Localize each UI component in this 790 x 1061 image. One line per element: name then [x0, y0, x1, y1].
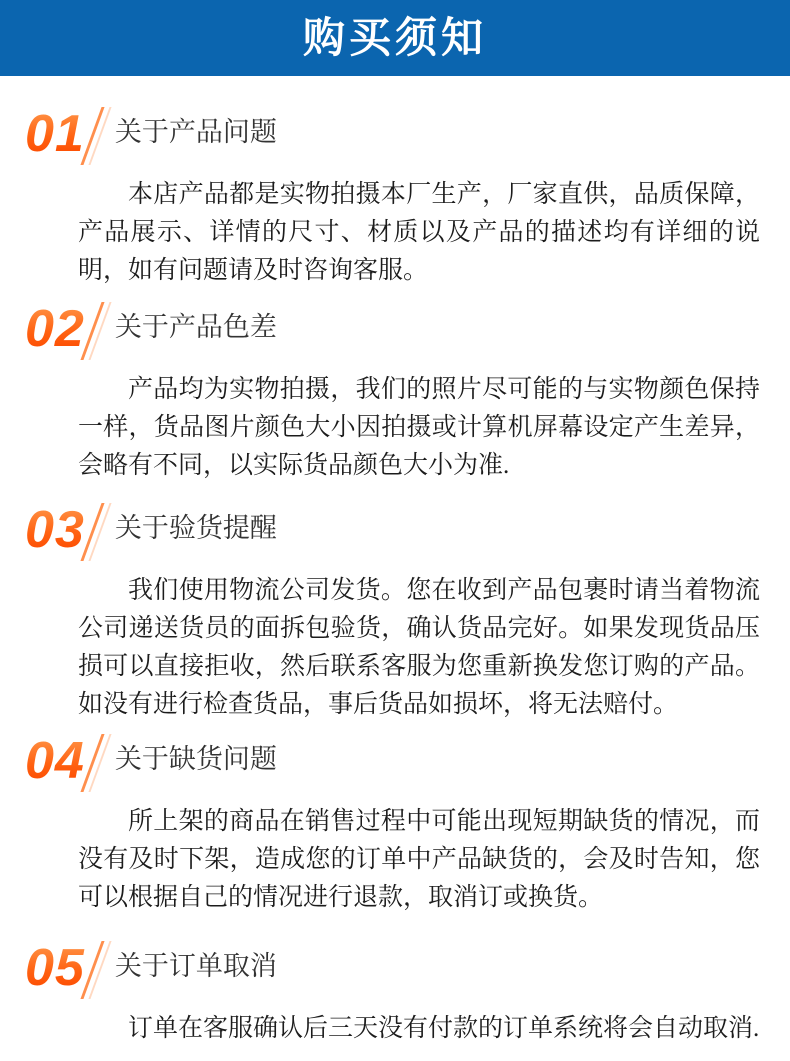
- slash-decoration-icon: [91, 734, 101, 792]
- section-header: 05 关于订单取消: [0, 944, 790, 1000]
- section-title: 关于缺货问题: [115, 739, 277, 779]
- section-header: 03 关于验货提醒: [0, 506, 790, 562]
- section-body-text: 产品均为实物拍摄，我们的照片尽可能的与实物颜色保持一样，货品图片颜色大小因拍摄或…: [78, 371, 760, 485]
- notice-section-4: 04 关于缺货问题 所上架的商品在销售过程中可能出现短期缺货的情况，而没有及时下…: [0, 737, 790, 917]
- section-header: 02 关于产品色差: [0, 305, 790, 361]
- section-title: 关于产品问题: [115, 112, 277, 152]
- notice-section-3: 03 关于验货提醒 我们使用物流公司发货。您在收到产品包裹时请当着物流公司递送货…: [0, 506, 790, 724]
- section-header: 01 关于产品问题: [0, 110, 790, 166]
- notice-section-2: 02 关于产品色差 产品均为实物拍摄，我们的照片尽可能的与实物颜色保持一样，货品…: [0, 305, 790, 485]
- section-number: 03: [25, 506, 85, 554]
- section-title: 关于产品色差: [115, 307, 277, 347]
- slash-decoration-icon: [91, 503, 101, 561]
- section-title: 关于订单取消: [115, 946, 277, 986]
- section-number: 05: [25, 944, 85, 992]
- section-title: 关于验货提醒: [115, 508, 277, 548]
- slash-decoration-icon: [91, 941, 101, 999]
- section-number: 02: [25, 305, 85, 353]
- section-number: 01: [25, 110, 85, 158]
- section-number: 04: [25, 737, 85, 785]
- section-body-text: 订单在客服确认后三天没有付款的订单系统将会自动取消.: [78, 1010, 760, 1048]
- notice-section-1: 01 关于产品问题 本店产品都是实物拍摄本厂生产，厂家直供，品质保障，产品展示、…: [0, 110, 790, 290]
- section-body-text: 本店产品都是实物拍摄本厂生产，厂家直供，品质保障，产品展示、详情的尺寸、材质以及…: [78, 176, 760, 290]
- section-header: 04 关于缺货问题: [0, 737, 790, 793]
- section-body-text: 我们使用物流公司发货。您在收到产品包裹时请当着物流公司递送货员的面拆包验货，确认…: [78, 572, 760, 724]
- notice-section-5: 05 关于订单取消 订单在客服确认后三天没有付款的订单系统将会自动取消.: [0, 944, 790, 1048]
- banner: 购买须知: [0, 0, 790, 76]
- slash-decoration-icon: [91, 107, 101, 165]
- section-body-text: 所上架的商品在销售过程中可能出现短期缺货的情况，而没有及时下架，造成您的订单中产…: [78, 803, 760, 917]
- purchase-notice-page: 购买须知 01 关于产品问题 本店产品都是实物拍摄本厂生产，厂家直供，品质保障，…: [0, 0, 790, 1061]
- page-title: 购买须知: [303, 17, 487, 59]
- slash-decoration-icon: [91, 302, 101, 360]
